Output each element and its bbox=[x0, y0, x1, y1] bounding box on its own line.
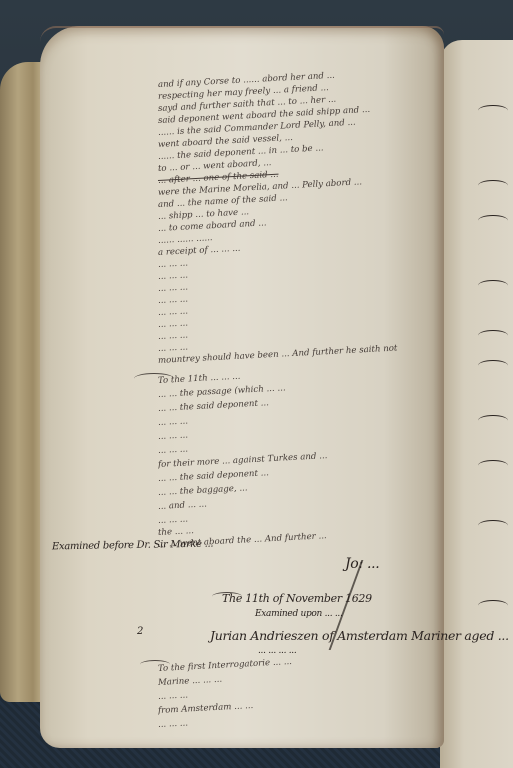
entry-date-heading: The 11th of November 1629 bbox=[222, 592, 372, 605]
deponent-name: Jurian Andrieszen of Amsterdam Mariner a… bbox=[210, 628, 509, 643]
deponent-subline: ... ... ... ... bbox=[258, 646, 296, 656]
entry-subheading: Examined upon ... ... bbox=[255, 609, 343, 619]
right-page bbox=[440, 40, 513, 768]
entry-number: 2 bbox=[137, 626, 143, 637]
